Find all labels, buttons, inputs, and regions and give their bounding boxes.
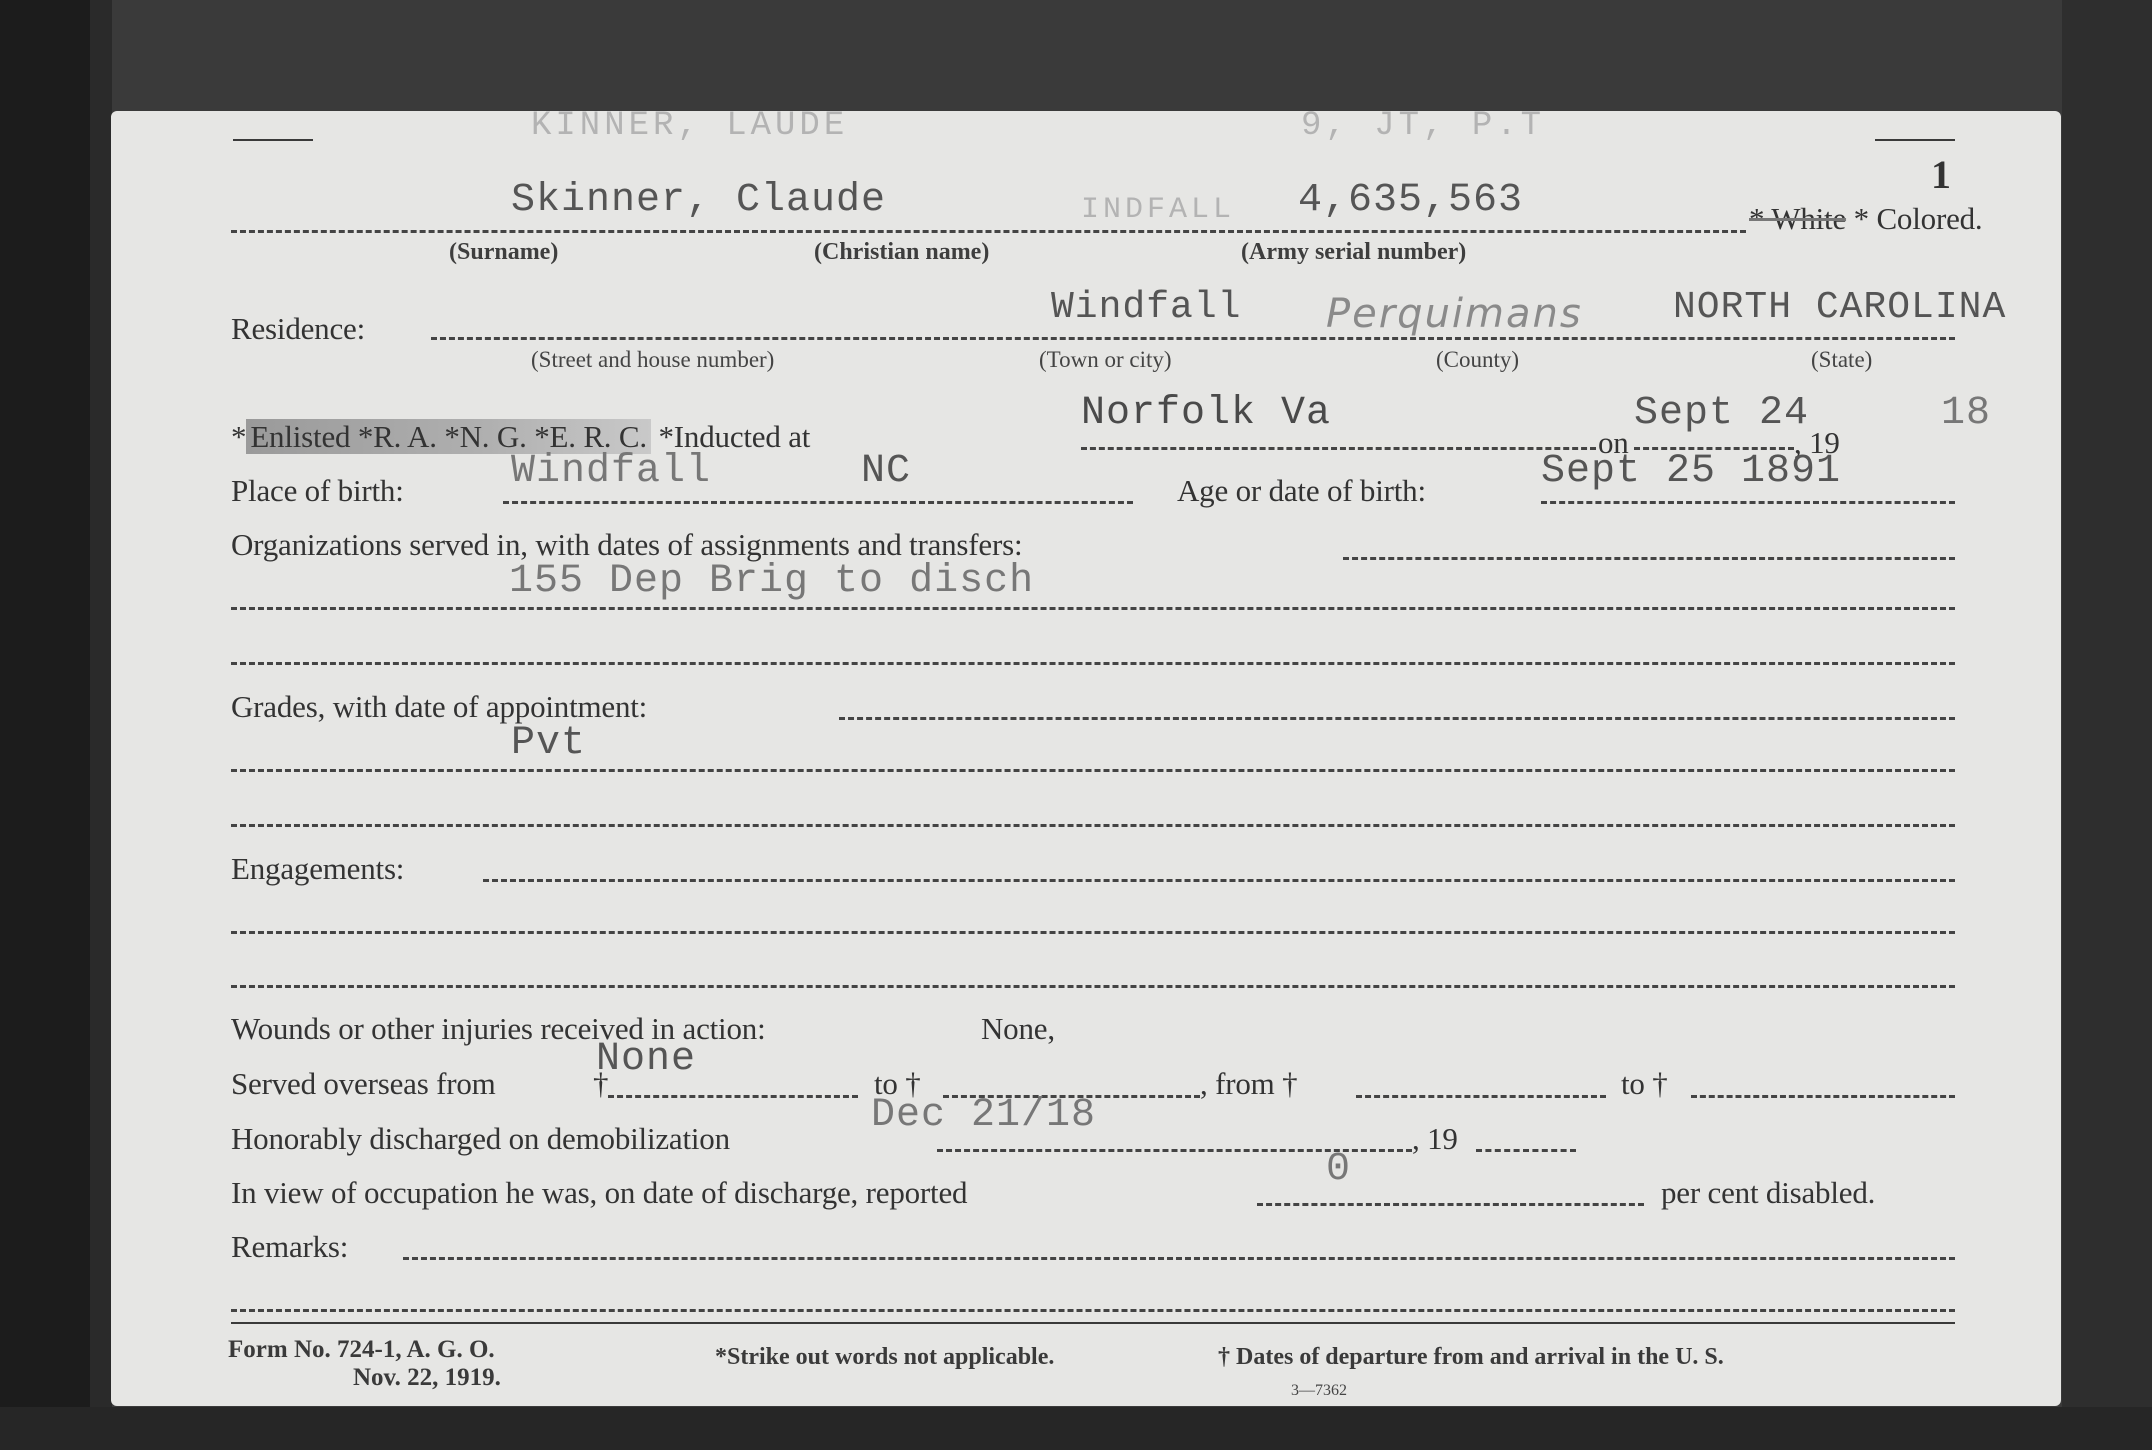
residence-line <box>431 337 1955 340</box>
service-record-card: 1 KINNER, LAUDE 9, JT, P.T Skinner, Clau… <box>111 111 2061 1406</box>
overseas-from2-label: , from † <box>1200 1066 1297 1102</box>
surname-label: (Surname) <box>449 239 558 266</box>
strike-out-note: *Strike out words not applicable. <box>715 1344 1054 1371</box>
discharge-date-value: Dec 21/18 <box>871 1093 1096 1138</box>
wounds-value: None, <box>981 1011 1055 1047</box>
grades-line-1 <box>231 769 1955 772</box>
residence-county-value: Perquimans <box>1326 291 1583 337</box>
name-line <box>231 230 1746 233</box>
race-white-struck: * White <box>1749 201 1846 236</box>
top-right-rule <box>1875 139 1955 141</box>
induction-year-value: 18 <box>1941 391 1991 436</box>
birth-state-value: NC <box>861 449 911 494</box>
county-label: (County) <box>1436 347 1519 373</box>
residence-town-value: Windfall <box>1051 286 1241 329</box>
induction-place-line <box>1081 447 1596 450</box>
organization-entry: 155 Dep Brig to disch <box>509 559 1034 604</box>
remarks-label: Remarks: <box>231 1229 348 1265</box>
town-label: (Town or city) <box>1039 347 1172 373</box>
disability-label: In view of occupation he was, on date of… <box>231 1175 967 1211</box>
disability-value: 0 <box>1326 1147 1351 1192</box>
organizations-label: Organizations served in, with dates of a… <box>231 527 1022 563</box>
engagements-label: Engagements: <box>231 851 404 887</box>
overseas-from-value: None <box>596 1037 696 1082</box>
place-of-birth-label: Place of birth: <box>231 473 404 509</box>
organizations-line-1 <box>231 607 1955 610</box>
induction-date-value: Sept 24 <box>1634 391 1809 436</box>
engagements-line-0 <box>483 879 1955 882</box>
street-label: (Street and house number) <box>531 347 774 373</box>
form-number: Form No. 724-1, A. G. O. <box>228 1336 495 1364</box>
scanner-edge-bottom <box>0 1407 2152 1450</box>
date-of-birth-label: Age or date of birth: <box>1177 473 1426 509</box>
grades-line-2 <box>231 824 1955 827</box>
serial-number-value: 4,635,563 <box>1298 178 1523 223</box>
engagements-line-2 <box>231 985 1955 988</box>
ghost-text-serial-prefix: INDFALL <box>1081 193 1235 227</box>
print-code: 3—7362 <box>1291 1382 1347 1400</box>
served-overseas-label: Served overseas from <box>231 1066 496 1102</box>
organizations-line-2 <box>231 662 1955 665</box>
ghost-text-code: 9, JT, P.T <box>1301 107 1545 145</box>
disability-suffix: per cent disabled. <box>1661 1175 1875 1211</box>
discharge-year-line <box>1476 1149 1576 1152</box>
residence-label: Residence: <box>231 311 365 347</box>
scanner-edge-band <box>90 0 112 1450</box>
state-label: (State) <box>1811 347 1872 373</box>
remarks-line-0 <box>403 1257 1955 1260</box>
place-of-birth-line <box>503 501 1133 504</box>
overseas-from-line <box>608 1095 858 1098</box>
scanner-edge-dark <box>0 0 90 1450</box>
ghost-text-name: KINNER, LAUDE <box>531 107 848 145</box>
grades-label: Grades, with date of appointment: <box>231 689 647 725</box>
induction-place-value: Norfolk Va <box>1081 391 1331 436</box>
scanner-edge-right <box>2062 0 2152 1450</box>
army-serial-label: (Army serial number) <box>1241 239 1466 266</box>
grades-line-0 <box>839 717 1955 720</box>
asterisk: * <box>231 419 246 454</box>
overseas-to2-label: to † <box>1621 1066 1668 1102</box>
birth-town-value: Windfall <box>511 449 711 494</box>
race-colored: * Colored. <box>1854 201 1983 236</box>
date-of-birth-line <box>1541 501 1955 504</box>
remarks-line-1 <box>231 1309 1955 1312</box>
engagements-line-1 <box>231 931 1955 934</box>
overseas-from2-line <box>1356 1095 1606 1098</box>
form-date: Nov. 22, 1919. <box>353 1364 501 1392</box>
dagger-note: † Dates of departure from and arrival in… <box>1218 1344 1724 1371</box>
page-number: 1 <box>1931 151 1951 198</box>
residence-state-value: NORTH CAROLINA <box>1673 286 2006 329</box>
grade-entry: Pvt <box>511 721 586 766</box>
race-options: * White * Colored. <box>1749 201 1982 237</box>
discharge-label: Honorably discharged on demobilization <box>231 1121 730 1157</box>
discharge-year-label: , 19 <box>1412 1121 1458 1157</box>
disability-line <box>1257 1203 1644 1206</box>
overseas-to2-line <box>1691 1095 1955 1098</box>
name-value: Skinner, Claude <box>511 178 886 223</box>
christian-name-label: (Christian name) <box>814 239 989 266</box>
footer-rule <box>231 1322 1955 1324</box>
date-of-birth-value: Sept 25 1891 <box>1541 449 1841 494</box>
organizations-line-0 <box>1343 557 1955 560</box>
top-left-rule <box>233 139 313 141</box>
